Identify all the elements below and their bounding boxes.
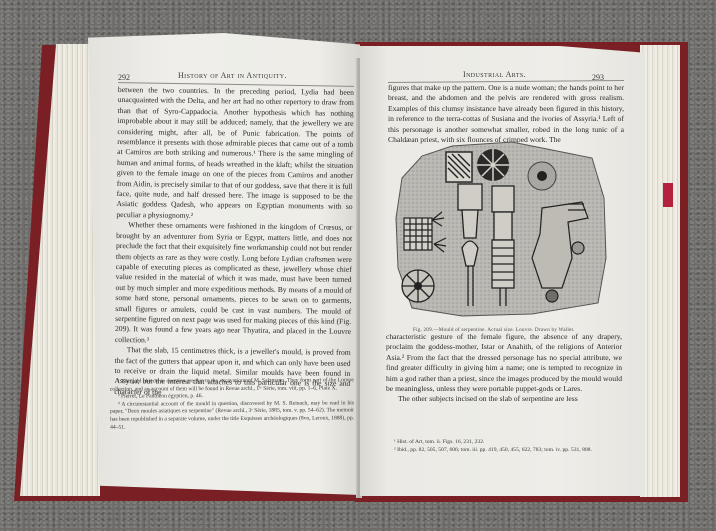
bookmark-ribbon[interactable] [663,183,673,207]
left-page: 292 History of Art in Antiquity. between… [88,33,360,495]
paragraph: The other subjects incised on the slab o… [386,394,622,404]
serpentine-mould-figure [392,138,616,318]
right-body-text-top: figures that make up the pattern. One is… [388,83,624,145]
paragraph: characteristic gesture of the female fig… [386,332,622,394]
paragraph: between the two countries. In the preced… [116,85,354,223]
right-body-text-bottom: characteristic gesture of the female fig… [386,332,622,405]
right-footnotes: ¹ Hist. of Art, tom. ii. Figs. 16, 231, … [386,439,622,454]
left-body-text: between the two countries. In the preced… [114,85,354,400]
right-running-head: Industrial Arts. [463,70,526,79]
footnote: ² Ibid., pp. 82, 505, 507, 606; tom. iii… [386,447,622,455]
left-running-head: History of Art in Antiquity. [178,71,287,80]
footnote: ¹ The gold objects in question are due t… [110,377,354,393]
page-edges-right [640,45,680,497]
paragraph: figures that make up the pattern. One is… [388,83,624,145]
footnote: ³ A circumstantial account of the mould … [110,400,354,432]
mould-illustration-icon [392,138,616,318]
paragraph: Whether these ornaments were fashioned i… [115,220,353,348]
footnote: ¹ Hist. of Art, tom. ii. Figs. 16, 231, … [386,439,622,447]
left-page-number: 292 [118,73,130,82]
left-footnotes: ¹ The gold objects in question are due t… [110,377,354,431]
